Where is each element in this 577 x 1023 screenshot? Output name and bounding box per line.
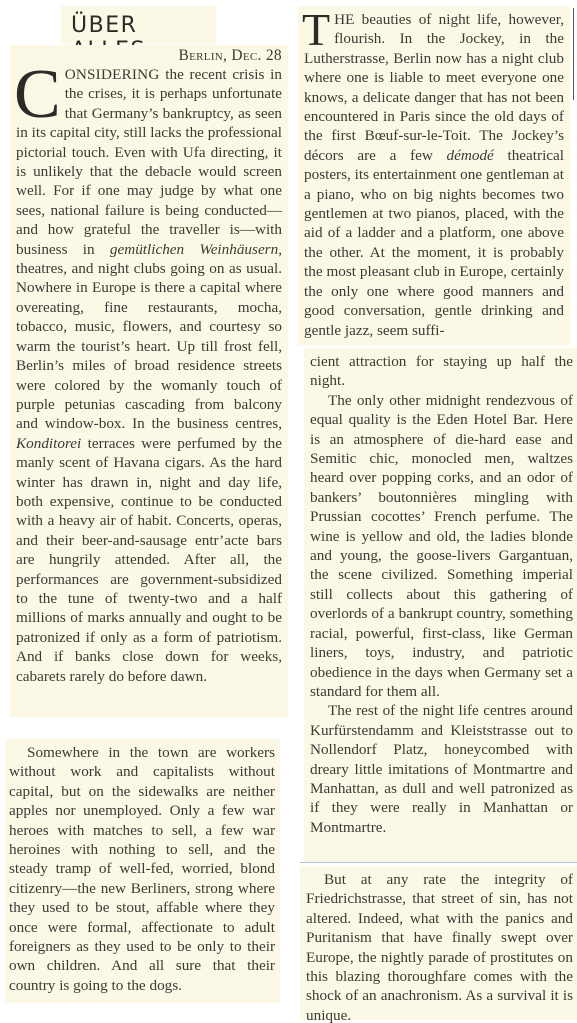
paragraph-text: HE beauties of night life, however, flou… xyxy=(304,11,564,164)
right-column-block-2: cient attraction for staying up half the… xyxy=(304,348,577,862)
drop-cap-c: C xyxy=(14,67,61,123)
right-column-block-3: But at any rate the integrity of Friedri… xyxy=(300,866,577,1020)
drop-cap-t: T xyxy=(302,12,330,48)
lead-word: ONSIDERING xyxy=(65,66,160,83)
paragraph: Somewhere in the town are workers withou… xyxy=(9,743,275,995)
paragraph: The rest of the night life centres aroun… xyxy=(310,701,573,837)
italic-phrase: gemütlichen Weinhäusern xyxy=(110,241,278,258)
right-column-block-1: THE beauties of night life, however, flo… xyxy=(298,6,570,345)
paragraph: The only other midnight rendezvous of eq… xyxy=(310,391,573,702)
paragraph-text: terraces were perfumed by the manly scen… xyxy=(16,435,282,685)
paragraph-text: , theatres, and night clubs going on as … xyxy=(16,241,282,433)
italic-phrase: démodé xyxy=(447,147,494,164)
left-column-block-2: Somewhere in the town are workers withou… xyxy=(5,739,280,1003)
paragraph: But at any rate the integrity of Friedri… xyxy=(306,870,573,1023)
paragraph: THE beauties of night life, however, flo… xyxy=(304,10,564,340)
title-block: ÜBER ALLES xyxy=(61,6,216,44)
left-column-block-1: Berlin, Dec. 28 CONSIDERING the recent c… xyxy=(10,45,288,717)
continuation-text: cient attraction for staying up half the… xyxy=(310,352,573,391)
block-divider xyxy=(300,862,577,863)
opening-paragraph: CONSIDERING the recent crisis in the cri… xyxy=(16,65,282,686)
column-rule xyxy=(573,8,574,100)
paragraph-text: theatrical posters, its entertainment on… xyxy=(304,147,564,339)
italic-phrase: Konditorei xyxy=(16,435,81,452)
